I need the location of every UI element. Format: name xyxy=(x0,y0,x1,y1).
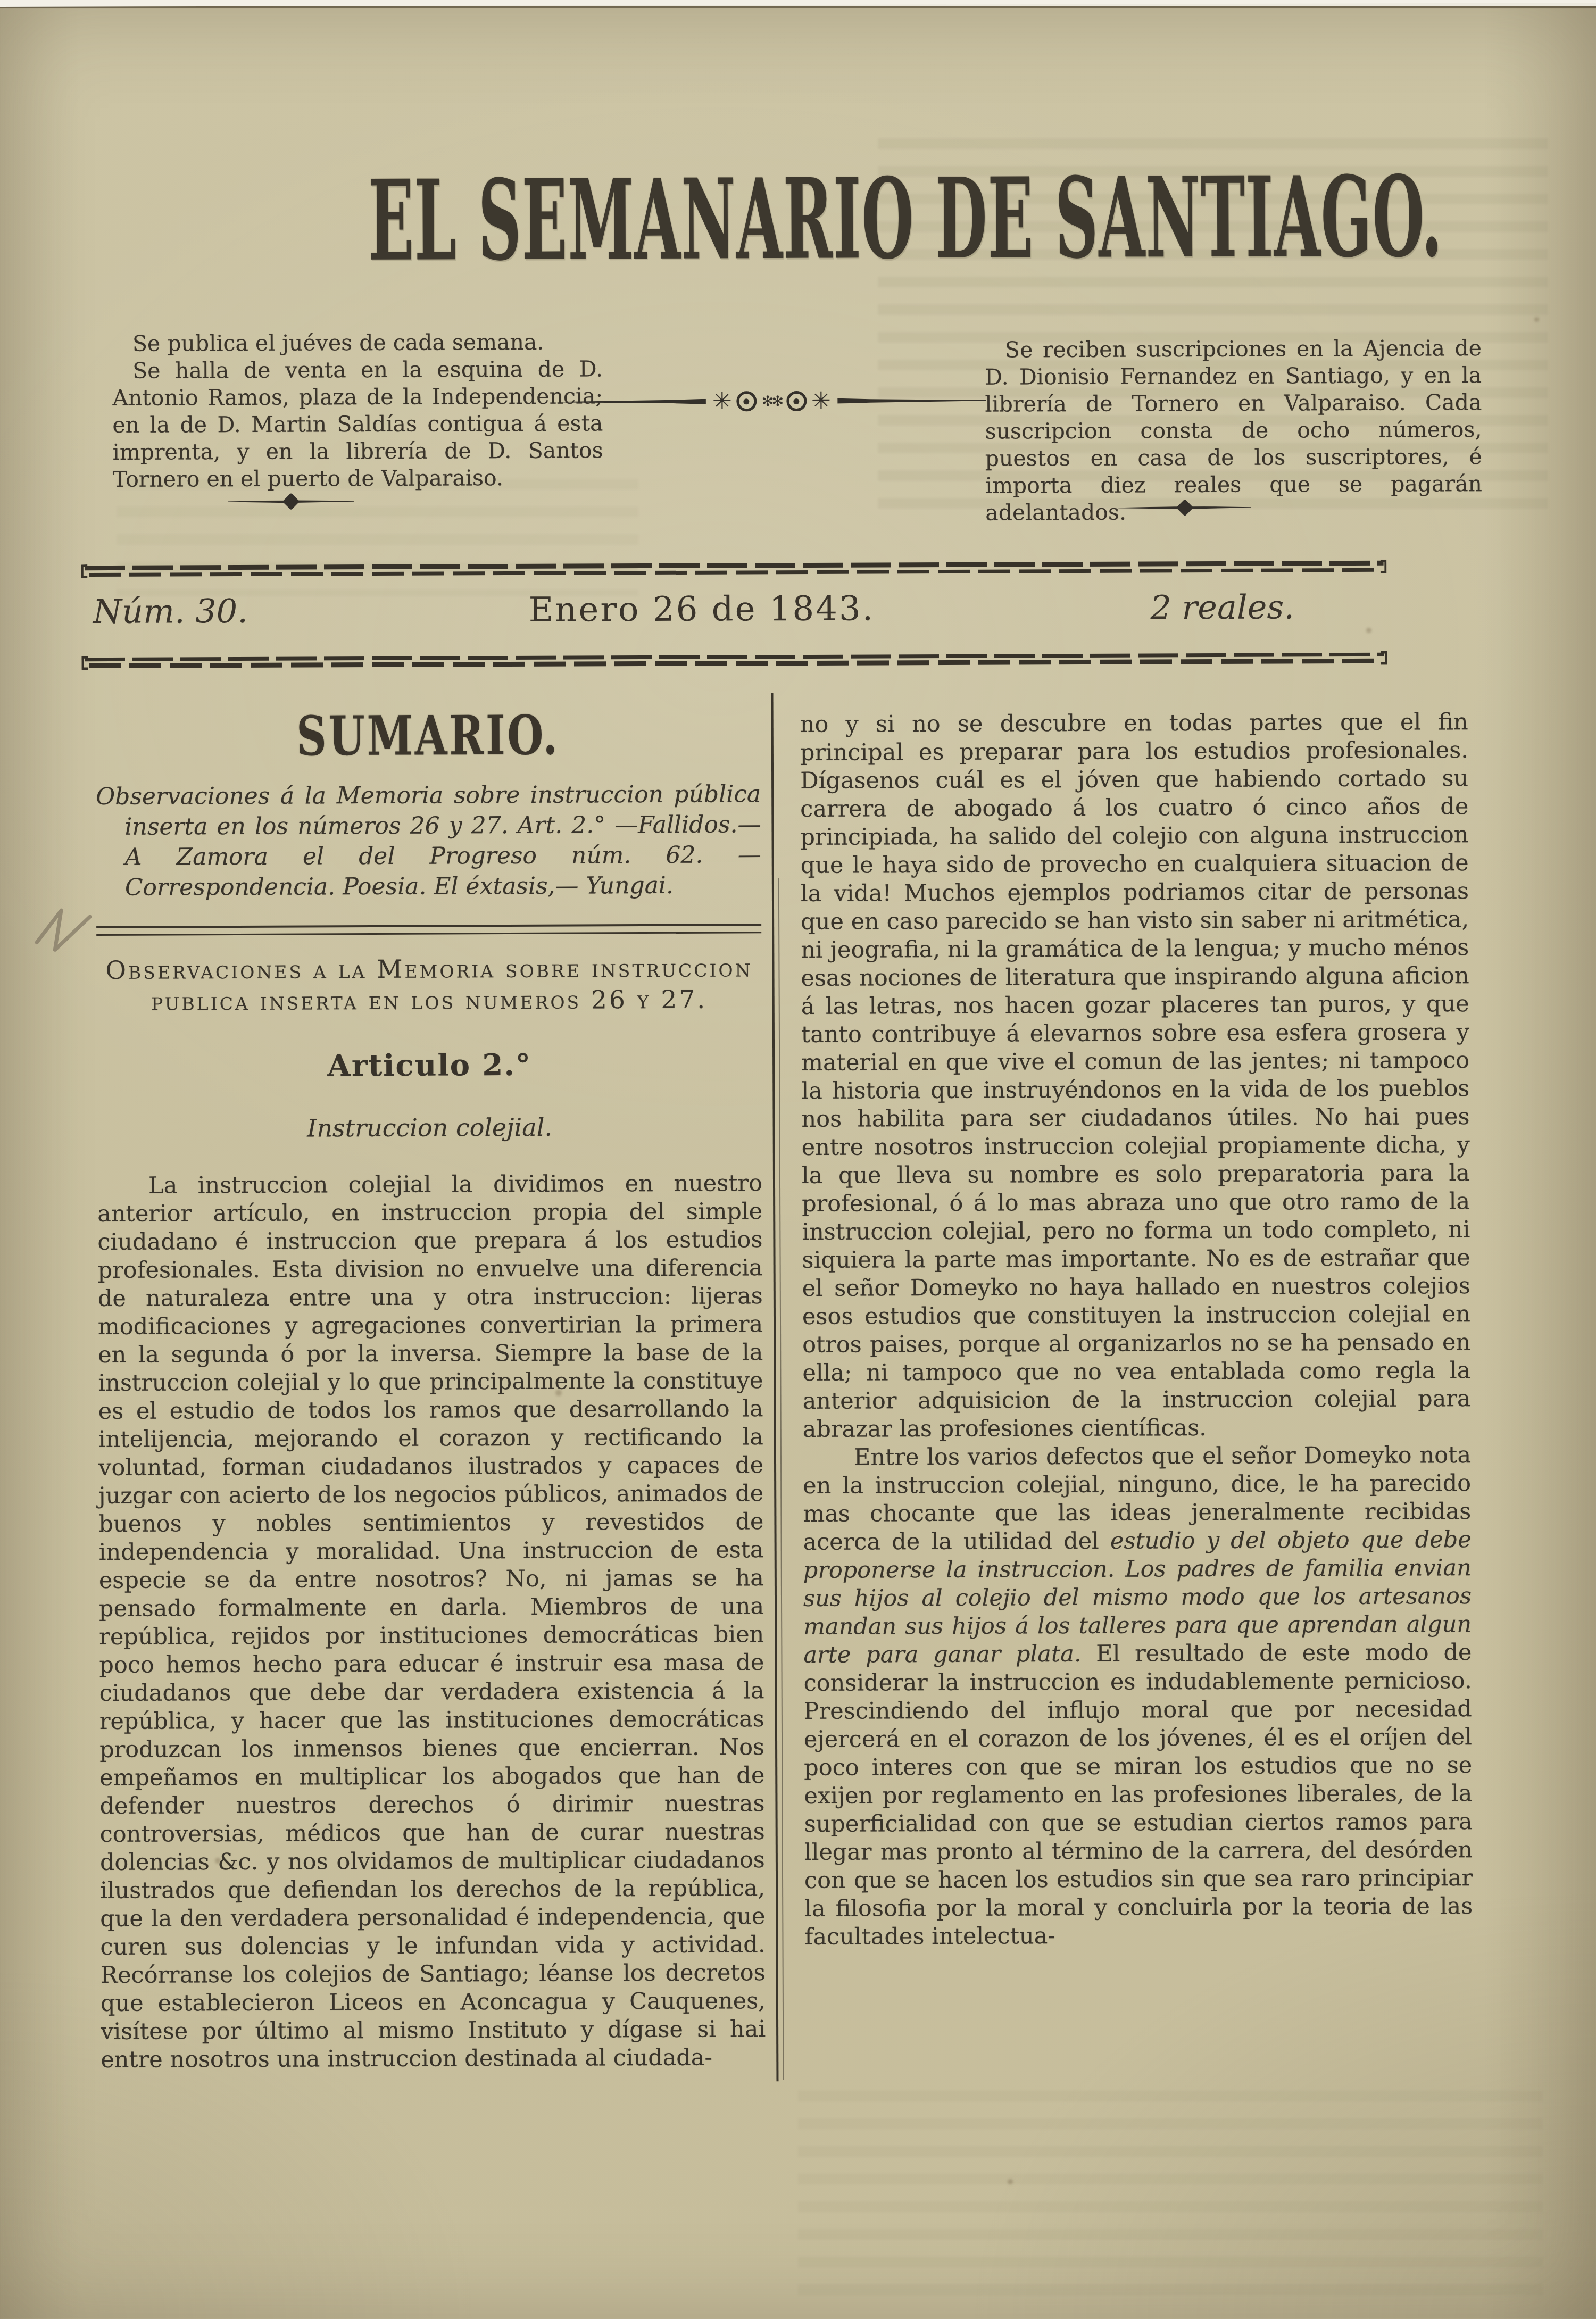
column-divider xyxy=(771,693,778,2081)
date-band-row: Núm. 30. Enero 26 de 1843. 2 reales. xyxy=(85,573,1384,656)
rule-endcap-icon xyxy=(1381,651,1387,665)
article-paragraph: Entre los varios defectos que el señor D… xyxy=(803,1441,1473,1951)
spiral-icon xyxy=(737,391,757,411)
rule-endcap-icon xyxy=(1381,560,1387,573)
flower-cluster-icon: ✻✻ xyxy=(762,394,782,409)
printed-page: EL SEMANARIO DE SANTIAGO. Se publica el … xyxy=(0,0,1596,2319)
column-divider-secondary xyxy=(778,878,784,2080)
issue-number: Núm. 30. xyxy=(93,592,248,631)
summary-heading-wrap: SUMARIO. xyxy=(96,706,761,769)
section-rule xyxy=(96,924,761,936)
left-flourish-icon xyxy=(228,495,354,508)
flourish-rule-icon xyxy=(295,500,354,503)
article-paragraph: La instruccion colejial la dividimos en … xyxy=(97,1169,766,2074)
section-heading-line2: publica inserta en los numeros 26 y 27. xyxy=(97,984,762,1018)
article-number: Articulo 2.° xyxy=(97,1050,762,1081)
ornament-glyphs: ✳ ✻✻ ✳ xyxy=(712,389,831,413)
asterisk-icon: ✳ xyxy=(712,389,732,413)
publication-info-left: Se publica el juéves de cada semana. Se … xyxy=(112,328,603,493)
masthead-title: EL SEMANARIO DE SANTIAGO. xyxy=(368,154,1443,285)
sale-locations: Se halla de venta en la esquina de D. An… xyxy=(112,355,603,493)
ornament-rule-icon xyxy=(557,399,706,405)
section-heading: Observaciones a la Memoria sobre instruc… xyxy=(96,952,761,1018)
section-heading-line1: Observaciones a la Memoria sobre instruc… xyxy=(96,952,761,986)
left-column: SUMARIO. Observaciones á la Memoria sobr… xyxy=(95,686,766,2074)
issue-date: Enero 26 de 1843. xyxy=(528,589,875,629)
flourish-rule-icon xyxy=(1189,506,1251,509)
flourish-rule-icon xyxy=(1118,506,1181,509)
pencil-mark-icon xyxy=(30,901,110,965)
spiral-icon xyxy=(786,391,807,411)
right-flourish-icon xyxy=(1118,502,1251,514)
publication-info-right: Se reciben suscripciones en la Ajencia d… xyxy=(985,335,1482,527)
article-paragraph: no y si no se descubre en todas partes q… xyxy=(800,708,1471,1444)
paragraph-roman-segment: El resultado de este modo de considerar … xyxy=(804,1639,1473,1950)
issue-price: 2 reales. xyxy=(1150,587,1294,627)
asterisk-icon: ✳ xyxy=(811,389,831,413)
masthead-divider-ornament: ✳ ✻✻ ✳ xyxy=(557,380,986,422)
masthead: EL SEMANARIO DE SANTIAGO. xyxy=(0,155,1593,284)
summary-contents: Observaciones á la Memoria sobre instruc… xyxy=(96,779,761,903)
publication-schedule: Se publica el juéves de cada semana. xyxy=(112,328,603,358)
date-band: Núm. 30. Enero 26 de 1843. 2 reales. xyxy=(85,560,1384,670)
subscription-info: Se reciben suscripciones en la Ajencia d… xyxy=(985,335,1482,527)
article-subtitle: Instruccion colejial. xyxy=(97,1112,762,1143)
summary-heading: SUMARIO. xyxy=(296,707,560,764)
right-column: no y si no se descubre en todas partes q… xyxy=(800,684,1473,1951)
flourish-rule-icon xyxy=(228,500,287,503)
ornament-rule-icon xyxy=(837,398,986,404)
